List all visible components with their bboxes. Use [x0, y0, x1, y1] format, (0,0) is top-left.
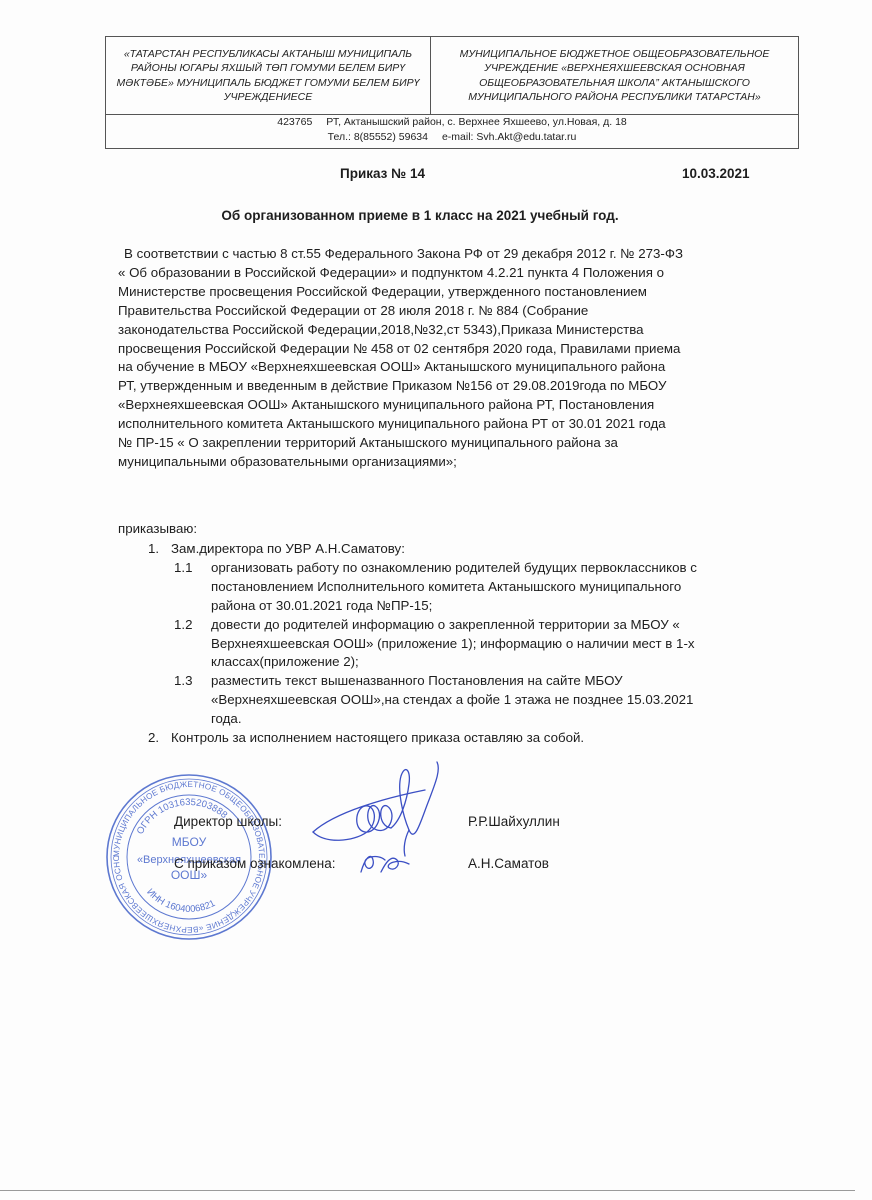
order-item-2: 2. Контроль за исполнением настоящего пр… — [118, 729, 798, 748]
letterhead-tatar-name: «ТАТАРСТАН РЕСПУБЛИКАСЫ АКТАНЫШ МУНИЦИПА… — [106, 37, 431, 114]
subitem-line: организовать работу по ознакомлению роди… — [211, 559, 798, 578]
preamble-line: В соответствии с частью 8 ст.55 Федераль… — [118, 245, 788, 264]
letterhead-contacts: 423765РТ, Актанышский район, с. Верхнее … — [106, 115, 798, 145]
preamble-line: « Об образовании в Российской Федерации»… — [118, 264, 788, 283]
handwritten-signature-icon — [305, 760, 455, 875]
subitem-line: довести до родителей информацию о закреп… — [211, 616, 798, 635]
subitem-line: «Верхнеяхшеевская ООШ»,на стендах а фойе… — [211, 691, 798, 710]
order-subject: Об организованном приеме в 1 класс на 20… — [0, 208, 872, 223]
contact-line: Тел.: 8(85552) 59634e-mail: Svh.Akt@edu.… — [106, 130, 798, 145]
order-subject-text: Об организованном приеме в 1 класс на 20… — [221, 208, 618, 223]
preamble-line: РТ, утвержденным и введенным в действие … — [118, 377, 788, 396]
preamble-line: на обучение в МБОУ «Верхнеяхшеевская ООШ… — [118, 358, 788, 377]
address: РТ, Актанышский район, с. Верхнее Яхшеев… — [326, 116, 626, 128]
director-label: Директор школы: — [174, 814, 282, 829]
svg-text:ИНН 1604006821: ИНН 1604006821 — [144, 887, 217, 915]
preamble-line: исполнительного комитета Актанышского му… — [118, 415, 788, 434]
letterhead: «ТАТАРСТАН РЕСПУБЛИКАСЫ АКТАНЫШ МУНИЦИПА… — [105, 36, 799, 149]
item-text: Контроль за исполнением настоящего прика… — [171, 730, 584, 745]
preamble-line: «Верхнеяхшеевская ООШ» Актанышского муни… — [118, 396, 788, 415]
letterhead-russian-name: МУНИЦИПАЛЬНОЕ БЮДЖЕТНОЕ ОБЩЕОБРАЗОВАТЕЛЬ… — [431, 37, 798, 114]
svg-text:МБОУ: МБОУ — [172, 835, 207, 849]
subitem-1-2: 1.2 довести до родителей информацию о за… — [118, 616, 798, 673]
address-line: 423765РТ, Актанышский район, с. Верхнее … — [106, 115, 798, 130]
subitem-number: 1.3 — [174, 672, 193, 691]
phone: Тел.: 8(85552) 59634 — [328, 131, 428, 143]
subitem-line: Верхнеяхшеевская ООШ» (приложение 1); ин… — [211, 635, 798, 654]
subitem-line: постановлением Исполнительного комитета … — [211, 578, 798, 597]
subitem-1-3: 1.3 разместить текст вышеназванного Пост… — [118, 672, 798, 729]
email: e-mail: Svh.Akt@edu.tatar.ru — [442, 131, 576, 143]
preamble: В соответствии с частью 8 ст.55 Федераль… — [118, 245, 788, 472]
order-date: 10.03.2021 — [682, 166, 750, 181]
preamble-line: Правительства Российской Федерации от 28… — [118, 302, 788, 321]
subitem-number: 1.1 — [174, 559, 193, 578]
order-title: Приказ № 14 — [340, 166, 425, 181]
acknowledged-name: А.Н.Саматов — [468, 856, 549, 871]
order-item-1: 1. Зам.директора по УВР А.Н.Саматову: — [118, 540, 798, 559]
letterhead-tatar-text: «ТАТАРСТАН РЕСПУБЛИКАСЫ АКТАНЫШ МУНИЦИПА… — [114, 47, 422, 104]
subitem-1-1: 1.1 организовать работу по ознакомлению … — [118, 559, 798, 616]
letterhead-russian-text: МУНИЦИПАЛЬНОЕ БЮДЖЕТНОЕ ОБЩЕОБРАЗОВАТЕЛЬ… — [439, 47, 790, 104]
item-number: 2. — [148, 729, 159, 748]
item-number: 1. — [148, 540, 159, 559]
preamble-line: муниципальными образовательными организа… — [118, 453, 788, 472]
document-page: «ТАТАРСТАН РЕСПУБЛИКАСЫ АКТАНЫШ МУНИЦИПА… — [0, 0, 872, 1200]
subitem-line: года. — [211, 710, 798, 729]
subitem-line: разместить текст вышеназванного Постанов… — [211, 672, 798, 691]
preamble-line: № ПР-15 « О закреплении территорий Актан… — [118, 434, 788, 453]
director-name: Р.Р.Шайхуллин — [468, 814, 560, 829]
postcode: 423765 — [277, 116, 312, 128]
preamble-line: законодательства Российской Федерации,20… — [118, 321, 788, 340]
subitem-line: классах(приложение 2); — [211, 653, 798, 672]
letterhead-top-row: «ТАТАРСТАН РЕСПУБЛИКАСЫ АКТАНЫШ МУНИЦИПА… — [106, 37, 798, 115]
preamble-line: Министерстве просвещения Российской Феде… — [118, 283, 788, 302]
page-edge-line — [0, 1190, 855, 1191]
subitem-line: района от 30.01.2021 года №ПР-15; — [211, 597, 798, 616]
order-items: 1. Зам.директора по УВР А.Н.Саматову: 1.… — [118, 540, 798, 748]
subitem-number: 1.2 — [174, 616, 193, 635]
item-text: Зам.директора по УВР А.Н.Саматову: — [171, 541, 405, 556]
preamble-line: просвещения Российской Федерации № 458 о… — [118, 340, 788, 359]
ordering-word: приказываю: — [118, 521, 197, 536]
